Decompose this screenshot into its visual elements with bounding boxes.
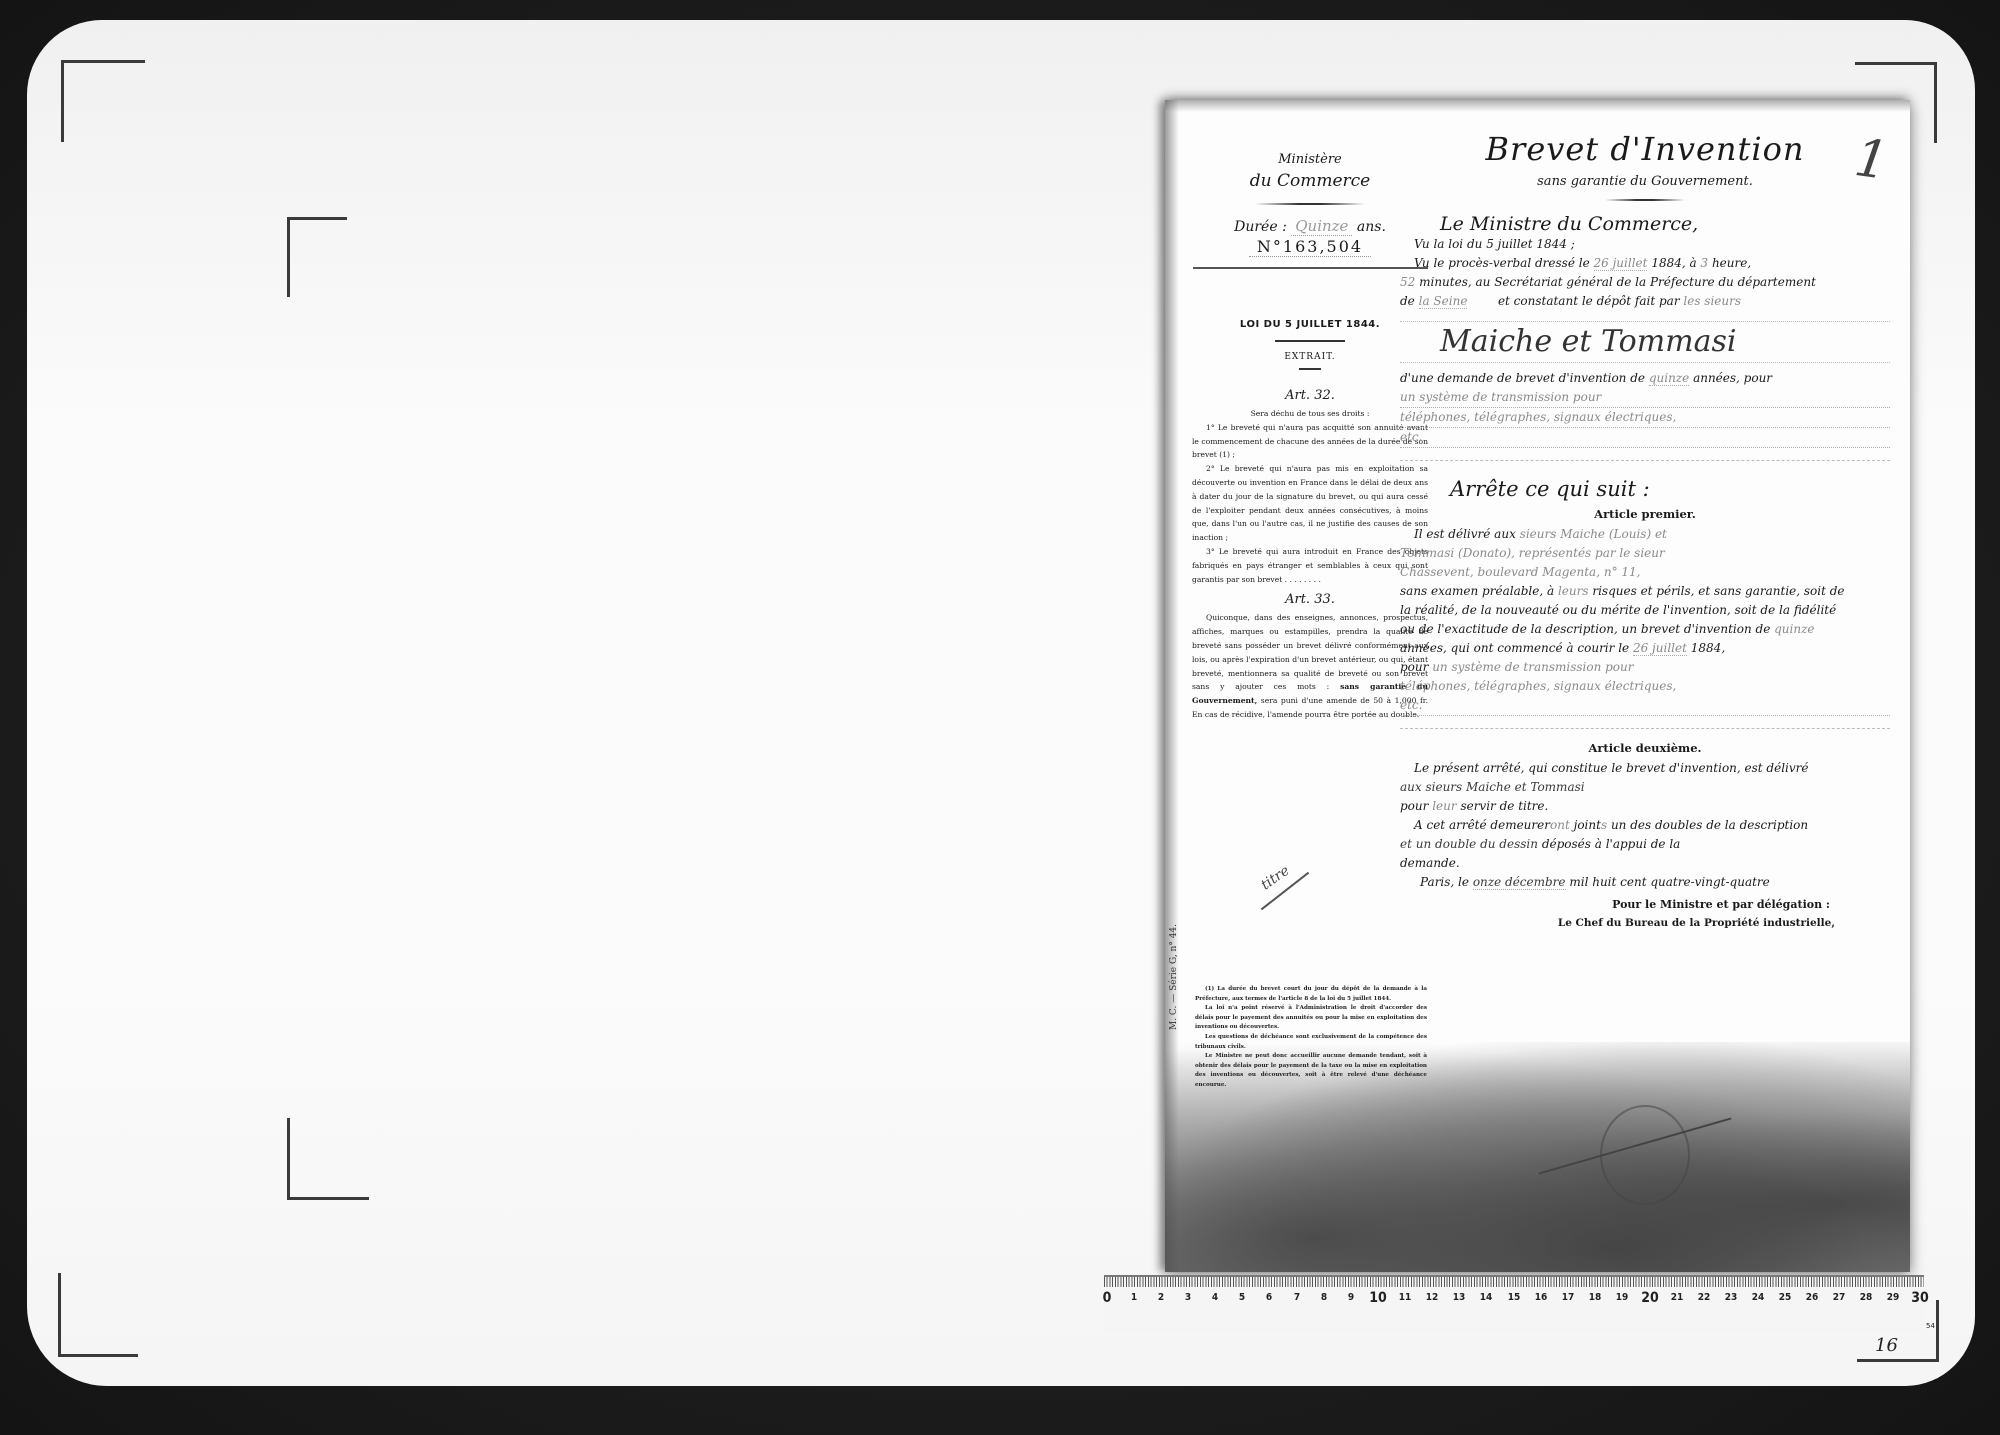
- ruler-labels: 0 1 2 3 4 5 6 7 8 9 10 11 12 13 14 15 16…: [1104, 1292, 1944, 1312]
- extract-label: EXTRAIT.: [1190, 352, 1430, 362]
- series-note: M. C. — Série G, n° 44.: [1169, 924, 1179, 1030]
- handwritten-entry: quinze: [1774, 622, 1814, 636]
- patent-number-prefix: N°: [1257, 237, 1283, 256]
- text: ou de l'exactitude de la description, un…: [1400, 622, 1770, 636]
- duration-label: Durée :: [1234, 219, 1287, 235]
- text-line: pour un système de transmission pour: [1400, 658, 1890, 677]
- text: Il est délivré aux: [1414, 527, 1516, 541]
- article-32-item-3: 3° Le breveté qui aura introduit en Fran…: [1192, 545, 1428, 586]
- department: la Seine: [1419, 294, 1468, 309]
- text: années, pour: [1693, 371, 1772, 385]
- text: risques et périls, et sans garantie, soi…: [1592, 584, 1844, 598]
- text-line: pour leur servir de titre.: [1400, 797, 1890, 816]
- handwritten-entry: leurs: [1558, 584, 1589, 598]
- duration-unit: ans.: [1357, 219, 1386, 235]
- text: pour: [1400, 799, 1428, 813]
- text: un des doubles de la description: [1611, 818, 1808, 832]
- filing-date: 26 juillet: [1594, 256, 1648, 271]
- footnotes: (1) La durée du brevet court du jour du …: [1195, 985, 1427, 1091]
- duration-field: Durée : Quinze ans.: [1190, 217, 1430, 235]
- article-32-item-1: 1° Le breveté qui n'aura pas acquitté so…: [1192, 421, 1428, 462]
- text-line: demande.: [1400, 854, 1890, 873]
- ruler-label: 27: [1833, 1292, 1846, 1303]
- handwritten-entry: etc.: [1400, 696, 1890, 716]
- text: déposés à l'appui de la: [1542, 837, 1681, 851]
- ruler-label: 9: [1348, 1292, 1354, 1303]
- ministry-name: du Commerce: [1190, 171, 1430, 191]
- divider: [1299, 368, 1321, 370]
- patent-duration: quinze: [1649, 371, 1689, 386]
- ruler-label: 5: [1239, 1292, 1245, 1303]
- invention-title-line: etc.: [1400, 428, 1890, 448]
- text-line: Il est délivré aux sieurs Maiche (Louis)…: [1400, 525, 1890, 544]
- ruler-label: 19: [1616, 1292, 1629, 1303]
- text-line: A cet arrêté demeureront joints un des d…: [1400, 816, 1890, 835]
- ruler-label: 4: [1212, 1292, 1218, 1303]
- article-1-heading: Article premier.: [1400, 507, 1890, 521]
- ornament-divider: [1255, 203, 1365, 205]
- handwritten-entry: sieurs Maiche (Louis) et: [1520, 527, 1667, 541]
- ruler-ticks: [1104, 1275, 1924, 1287]
- ruler-label: 0: [1103, 1290, 1112, 1306]
- measurement-ruler: 0 1 2 3 4 5 6 7 8 9 10 11 12 13 14 15 16…: [1104, 1275, 1924, 1333]
- official-seal-stamp: [1600, 1105, 1690, 1205]
- article-33-body: Quiconque, dans des enseignes, annonces,…: [1192, 611, 1428, 721]
- ruler-label: 11: [1399, 1292, 1412, 1303]
- handwritten-entry: s: [1601, 818, 1607, 832]
- footnote: Le Ministre ne peut donc accueillir aucu…: [1195, 1052, 1427, 1090]
- text-line: années, qui ont commencé à courir le 26 …: [1400, 639, 1890, 658]
- ruler-label: 28: [1860, 1292, 1873, 1303]
- text-line: de la Seine et constatant le dépôt fait …: [1400, 292, 1890, 311]
- text-line: la réalité, de la nouveauté ou du mérite…: [1400, 601, 1890, 620]
- divider: [1400, 728, 1890, 729]
- ruler-label: 16: [1535, 1292, 1548, 1303]
- ruler-label: 8: [1321, 1292, 1327, 1303]
- patent-number: N°163,504: [1249, 237, 1371, 257]
- handwritten-entry: aux sieurs Maiche et Tommasi: [1400, 778, 1890, 797]
- ruler-label: 14: [1480, 1292, 1493, 1303]
- article-33-heading: Art. 33.: [1190, 592, 1430, 607]
- issue-date: onze décembre: [1473, 875, 1566, 890]
- divider: [1193, 267, 1428, 269]
- filing-minutes: 52: [1400, 275, 1415, 289]
- footnote: Les questions de déchéance sont exclusiv…: [1195, 1033, 1427, 1052]
- issue-year: mil huit cent quatre-vingt-quatre: [1569, 875, 1769, 889]
- text: heure,: [1712, 256, 1751, 270]
- ruler-label: 30: [1911, 1290, 1929, 1306]
- ministry-label: Ministère: [1190, 152, 1430, 167]
- text: et constatant le dépôt fait par: [1498, 294, 1680, 308]
- article-32-item-2: 2° Le breveté qui n'aura pas mis en expl…: [1192, 462, 1428, 545]
- text-line: Vu le procès-verbal dressé le 26 juillet…: [1400, 254, 1890, 273]
- text-line: Vu la loi du 5 juillet 1844 ;: [1400, 235, 1890, 254]
- paper-edge-shadow: [1165, 100, 1910, 112]
- text: Vu le procès-verbal dressé le: [1414, 256, 1590, 270]
- article-2-heading: Article deuxième.: [1400, 741, 1890, 755]
- ruler-label: 2: [1158, 1292, 1164, 1303]
- side-mark: 54: [1926, 1322, 1935, 1330]
- ruler-label: 23: [1725, 1292, 1738, 1303]
- text-line: Le présent arrêté, qui constitue le brev…: [1400, 759, 1890, 778]
- ruler-label: 22: [1698, 1292, 1711, 1303]
- right-column: Brevet d'Invention sans garantie du Gouv…: [1400, 130, 1890, 929]
- text-line: et un double du dessin déposés à l'appui…: [1400, 835, 1890, 854]
- ruler-label: 10: [1369, 1290, 1387, 1306]
- duration-value: Quinze: [1291, 217, 1352, 236]
- article-33-part-a: Quiconque, dans des enseignes, annonces,…: [1192, 613, 1428, 691]
- text: 1884,: [1691, 641, 1725, 655]
- ruler-label: 24: [1752, 1292, 1765, 1303]
- text-line: d'une demande de brevet d'invention de q…: [1400, 369, 1890, 388]
- law-title: LOI DU 5 JUILLET 1844.: [1190, 319, 1430, 330]
- handwritten-entry: leur: [1432, 799, 1456, 813]
- ruler-label: 29: [1887, 1292, 1900, 1303]
- text: Paris, le: [1420, 875, 1469, 889]
- handwritten-entry: Tommasi (Donato), représentés par le sie…: [1400, 544, 1890, 563]
- applicant-names: Maiche et Tommasi: [1400, 321, 1890, 363]
- minister-heading: Le Ministre du Commerce,: [1400, 213, 1890, 235]
- article-32-text: Sera déchu de tous ses droits : 1° Le br…: [1190, 407, 1430, 586]
- ruler-label: 20: [1641, 1290, 1659, 1306]
- ruler-label: 12: [1426, 1292, 1439, 1303]
- crop-mark-outer-top-left: [61, 60, 145, 142]
- text-line: sans examen préalable, à leurs risques e…: [1400, 582, 1890, 601]
- handwritten-entry: et un double du dessin: [1400, 837, 1538, 851]
- handwritten-entry: téléphones, télégraphes, signaux électri…: [1400, 677, 1890, 696]
- ruler-label: 17: [1562, 1292, 1575, 1303]
- ruler-label: 6: [1266, 1292, 1272, 1303]
- patent-document: 1 Ministère du Commerce Durée : Quinze a…: [1165, 100, 1910, 1272]
- decree-heading: Arrête ce qui suit :: [1400, 477, 1890, 501]
- handwritten-entry: ont: [1550, 818, 1570, 832]
- ruler-label: 15: [1508, 1292, 1521, 1303]
- text: servir de titre.: [1460, 799, 1548, 813]
- article-32-intro: Sera déchu de tous ses droits :: [1192, 407, 1428, 421]
- footnote: (1) La durée du brevet court du jour du …: [1195, 985, 1427, 1004]
- ruler-label: 18: [1589, 1292, 1602, 1303]
- footnote: La loi n'a point réservé à l'Administrat…: [1195, 1004, 1427, 1033]
- divider: [1275, 340, 1345, 342]
- text: pour: [1400, 660, 1428, 674]
- filing-hour: 3: [1700, 256, 1708, 270]
- divider: [1400, 460, 1890, 461]
- crop-mark-inner-bottom-left: [287, 1118, 369, 1200]
- start-date: 26 juillet: [1633, 641, 1687, 656]
- article-33-text: Quiconque, dans des enseignes, annonces,…: [1190, 611, 1430, 721]
- signature-title: Le Chef du Bureau de la Propriété indust…: [1400, 917, 1890, 929]
- crop-mark-outer-bottom-left: [58, 1273, 138, 1357]
- ornament-divider: [1605, 199, 1685, 201]
- invention-title-line: téléphones, télégraphes, signaux électri…: [1400, 408, 1890, 428]
- text-line: 52 minutes, au Secrétariat général de la…: [1400, 273, 1890, 292]
- ruler-label: 1: [1131, 1292, 1137, 1303]
- text: joint: [1574, 818, 1601, 832]
- handwritten-entry: un système de transmission pour: [1432, 660, 1633, 674]
- invention-title-line: un système de transmission pour: [1400, 388, 1890, 408]
- patent-number-field: N°163,504: [1190, 235, 1430, 257]
- left-column: Ministère du Commerce Durée : Quinze ans…: [1190, 140, 1430, 722]
- text: 1884, à: [1651, 256, 1696, 270]
- text: sans examen préalable, à: [1400, 584, 1554, 598]
- document-title: Brevet d'Invention: [1400, 130, 1890, 168]
- text-line: ou de l'exactitude de la description, un…: [1400, 620, 1890, 639]
- handwritten-entry: Chassevent, boulevard Magenta, n° 11,: [1400, 563, 1890, 582]
- sheet-number: 16: [1875, 1335, 1898, 1356]
- text: d'une demande de brevet d'invention de: [1400, 371, 1645, 385]
- crop-mark-inner-top-left: [287, 217, 347, 297]
- ruler-label: 3: [1185, 1292, 1191, 1303]
- depositor-label: les sieurs: [1683, 294, 1741, 308]
- patent-number-value: 163,504: [1283, 237, 1363, 256]
- ruler-label: 13: [1453, 1292, 1466, 1303]
- place-date-line: Paris, le onze décembre mil huit cent qu…: [1400, 873, 1890, 892]
- text: de: [1400, 294, 1415, 308]
- signature-delegation: Pour le Ministre et par délégation :: [1400, 898, 1890, 911]
- ruler-label: 25: [1779, 1292, 1792, 1303]
- text: A cet arrêté demeurer: [1414, 818, 1550, 832]
- text: minutes, au Secrétariat général de la Pr…: [1419, 275, 1816, 289]
- article-32-heading: Art. 32.: [1190, 388, 1430, 403]
- ruler-label: 7: [1294, 1292, 1300, 1303]
- ruler-label: 21: [1671, 1292, 1684, 1303]
- text: années, qui ont commencé à courir le: [1400, 641, 1629, 655]
- ruler-label: 26: [1806, 1292, 1819, 1303]
- document-subtitle: sans garantie du Gouvernement.: [1400, 174, 1890, 189]
